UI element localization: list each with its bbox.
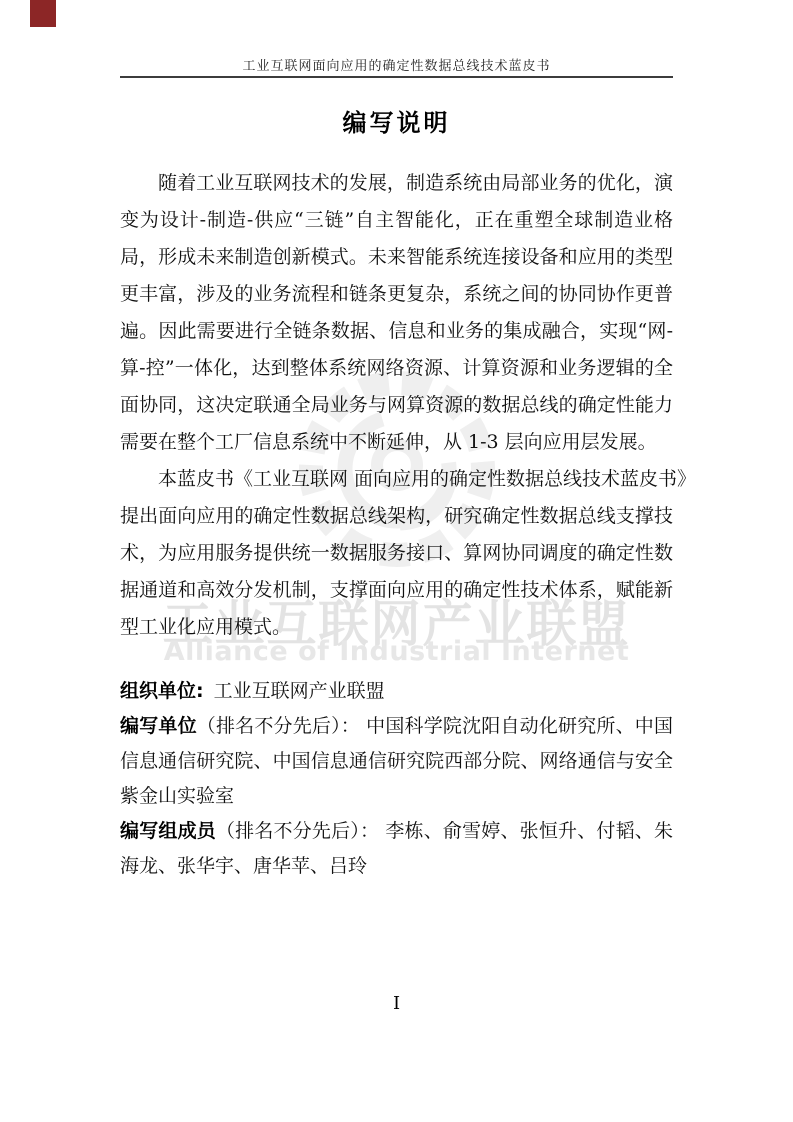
header-rule	[120, 76, 673, 78]
corner-mark	[30, 0, 56, 27]
paragraph-line: 变为设计-制造-供应“三链”自主智能化，正在重塑全球制造业格	[120, 202, 673, 239]
paragraph-line: 算-控”一体化，达到整体系统网络资源、计算资源和业务逻辑的全	[120, 350, 673, 387]
credit-line-organizer: 组织单位:工业互联网产业联盟	[120, 674, 673, 709]
paragraph-line: 型工业化应用模式。	[120, 609, 673, 646]
credit-line-authors-1: 编写单位（排名不分先后）： 中国科学院沈阳自动化研究所、中国	[120, 709, 673, 744]
paragraph-line: 本蓝皮书《工业互联网 面向应用的确定性数据总线技术蓝皮书》	[120, 461, 673, 498]
paragraph-line: 遍。因此需要进行全链条数据、信息和业务的集成融合，实现“网-	[120, 313, 673, 350]
credits-section: 组织单位:工业互联网产业联盟 编写单位（排名不分先后）： 中国科学院沈阳自动化研…	[120, 674, 673, 884]
page-title: 编写说明	[120, 103, 673, 138]
authors-label: 编写单位	[120, 715, 197, 737]
organizer-label: 组织单位:	[120, 680, 204, 702]
credit-line-members-2: 海龙、张华宇、唐华苹、吕玲	[120, 849, 673, 884]
paragraph-line: 提出面向应用的确定性数据总线架构，研究确定性数据总线支撑技	[120, 498, 673, 535]
document-page: 工业互联网面向应用的确定性数据总线技术蓝皮书 编写说明 工业互联网产业联盟 Al…	[0, 0, 793, 1122]
organizer-value: 工业互联网产业联盟	[214, 680, 385, 702]
paragraph-line: 需要在整个工厂信息系统中不断延伸，从 1-3 层向应用层发展。	[120, 424, 673, 461]
paragraph-line: 术，为应用服务提供统一数据服务接口、算网协同调度的确定性数	[120, 535, 673, 572]
authors-text: （排名不分先后）： 中国科学院沈阳自动化研究所、中国	[197, 715, 673, 737]
body-text: 随着工业互联网技术的发展，制造系统由局部业务的优化，演 变为设计-制造-供应“三…	[120, 165, 673, 646]
page-number: I	[0, 993, 793, 1014]
paragraph-line: 面协同，这决定联通全局业务与网算资源的数据总线的确定性能力	[120, 387, 673, 424]
running-header: 工业互联网面向应用的确定性数据总线技术蓝皮书	[120, 55, 673, 74]
paragraph-line: 更丰富，涉及的业务流程和链条更复杂，系统之间的协同协作更普	[120, 276, 673, 313]
paragraph-line: 据通道和高效分发机制，支撑面向应用的确定性技术体系，赋能新	[120, 572, 673, 609]
paragraph-line: 随着工业互联网技术的发展，制造系统由局部业务的优化，演	[120, 165, 673, 202]
members-text: （排名不分先后）： 李栋、俞雪婷、张恒升、付韬、朱	[216, 820, 673, 842]
credit-line-authors-2: 信息通信研究院、中国信息通信研究院西部分院、网络通信与安全	[120, 744, 673, 779]
credit-line-members-1: 编写组成员（排名不分先后）： 李栋、俞雪婷、张恒升、付韬、朱	[120, 814, 673, 849]
paragraph-line: 局，形成未来制造创新模式。未来智能系统连接设备和应用的类型	[120, 239, 673, 276]
members-label: 编写组成员	[120, 820, 216, 842]
credit-line-authors-3: 紫金山实验室	[120, 779, 673, 814]
